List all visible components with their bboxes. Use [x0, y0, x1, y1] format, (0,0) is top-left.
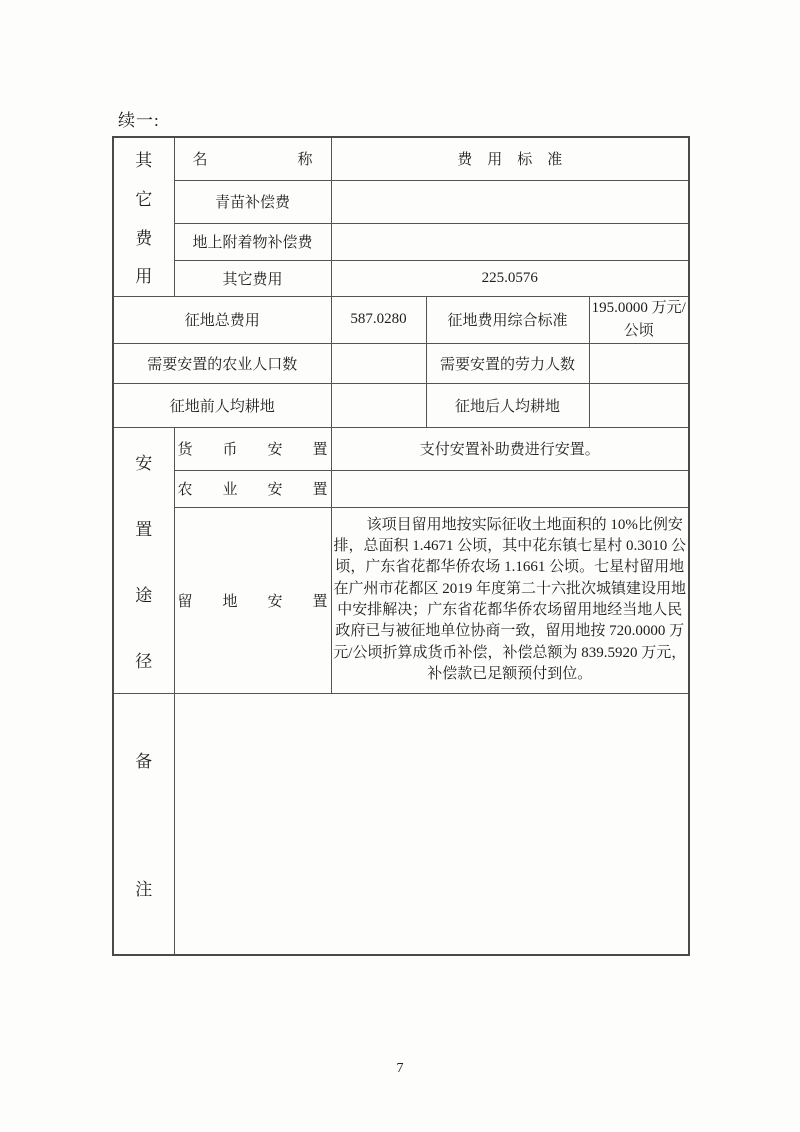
standard-header-cell: 费 用 标 准 — [331, 137, 689, 180]
table-row: 需要安置的农业人口数 需要安置的劳力人数 — [113, 343, 689, 383]
qingmiao-value-cell — [331, 180, 689, 223]
document-page: 续一: 其 它 费 用 名 称 费 用 标 准 青苗补偿费 — [0, 0, 800, 1132]
agricultural-value-cell — [331, 470, 689, 507]
remarks-vertical-label: 备 注 — [114, 696, 174, 952]
table-row: 农 业 安 置 — [113, 470, 689, 507]
vertical-char: 置 — [135, 515, 152, 540]
fees-vertical-label: 其 它 费 用 — [114, 139, 174, 294]
table-row: 留 地 安 置 该项目留用地按实际征收土地面积的 10%比例安排，总面积 1.4… — [113, 507, 689, 693]
labor-label-cell: 需要安置的劳力人数 — [426, 343, 589, 383]
reserved-land-paragraph: 该项目留用地按实际征收土地面积的 10%比例安排，总面积 1.4671 公顷，其… — [332, 515, 689, 685]
agri-population-value-cell — [331, 343, 426, 383]
table-row: 备 注 — [113, 693, 689, 955]
table-row: 其它费用 225.0576 — [113, 260, 689, 296]
reserved-land-label-cell: 留 地 安 置 — [174, 507, 331, 693]
name-header-cell: 名 称 — [174, 137, 331, 180]
fees-vertical-label-cell: 其 它 费 用 — [113, 137, 174, 296]
farmland-before-value-cell — [331, 383, 426, 427]
vertical-char: 备 — [135, 747, 152, 772]
table-row: 其 它 费 用 名 称 费 用 标 准 — [113, 137, 689, 180]
labor-value-cell — [589, 343, 689, 383]
remarks-value-cell — [174, 693, 689, 955]
otherfees-name-cell: 其它费用 — [174, 260, 331, 296]
table-row: 征地前人均耕地 征地后人均耕地 — [113, 383, 689, 427]
resettlement-vertical-label: 安 置 途 径 — [114, 428, 174, 692]
agricultural-label-cell: 农 业 安 置 — [174, 470, 331, 507]
reserved-land-paragraph-cell: 该项目留用地按实际征收土地面积的 10%比例安排，总面积 1.4671 公顷，其… — [331, 507, 689, 693]
table-row: 安 置 途 径 货 币 安 置 支付安置补助费进行安置。 — [113, 427, 689, 470]
farmland-after-label-cell: 征地后人均耕地 — [426, 383, 589, 427]
qingmiao-name-cell: 青苗补偿费 — [174, 180, 331, 223]
resettlement-vertical-label-cell: 安 置 途 径 — [113, 427, 174, 693]
total-cost-value-cell: 587.0280 — [331, 296, 426, 343]
table-row: 地上附着物补偿费 — [113, 223, 689, 260]
table-row: 征地总费用 587.0280 征地费用综合标准 195.0000 万元/公顷 — [113, 296, 689, 343]
continuation-label: 续一: — [118, 106, 160, 131]
vertical-char: 费 — [135, 224, 152, 249]
vertical-char: 注 — [135, 875, 152, 900]
monetary-value-cell: 支付安置补助费进行安置。 — [331, 427, 689, 470]
otherfees-value-cell: 225.0576 — [331, 260, 689, 296]
remarks-vertical-label-cell: 备 注 — [113, 693, 174, 955]
land-compensation-table: 其 它 费 用 名 称 费 用 标 准 青苗补偿费 地上附着物补偿费 其它费用 … — [112, 136, 690, 956]
vertical-char: 其 — [135, 146, 152, 171]
agri-population-label-cell: 需要安置的农业人口数 — [113, 343, 331, 383]
monetary-label-cell: 货 币 安 置 — [174, 427, 331, 470]
farmland-after-value-cell — [589, 383, 689, 427]
total-cost-label-cell: 征地总费用 — [113, 296, 331, 343]
vertical-char: 安 — [135, 449, 152, 474]
vertical-char: 它 — [135, 185, 152, 210]
vertical-char: 途 — [135, 581, 152, 606]
vertical-char: 径 — [135, 647, 152, 672]
attachments-name-cell: 地上附着物补偿费 — [174, 223, 331, 260]
comprehensive-standard-value-cell: 195.0000 万元/公顷 — [589, 296, 689, 343]
comprehensive-standard-label-cell: 征地费用综合标准 — [426, 296, 589, 343]
table-row: 青苗补偿费 — [113, 180, 689, 223]
page-number: 7 — [0, 1061, 800, 1077]
farmland-before-label-cell: 征地前人均耕地 — [113, 383, 331, 427]
vertical-char: 用 — [135, 262, 152, 287]
attachments-value-cell — [331, 223, 689, 260]
